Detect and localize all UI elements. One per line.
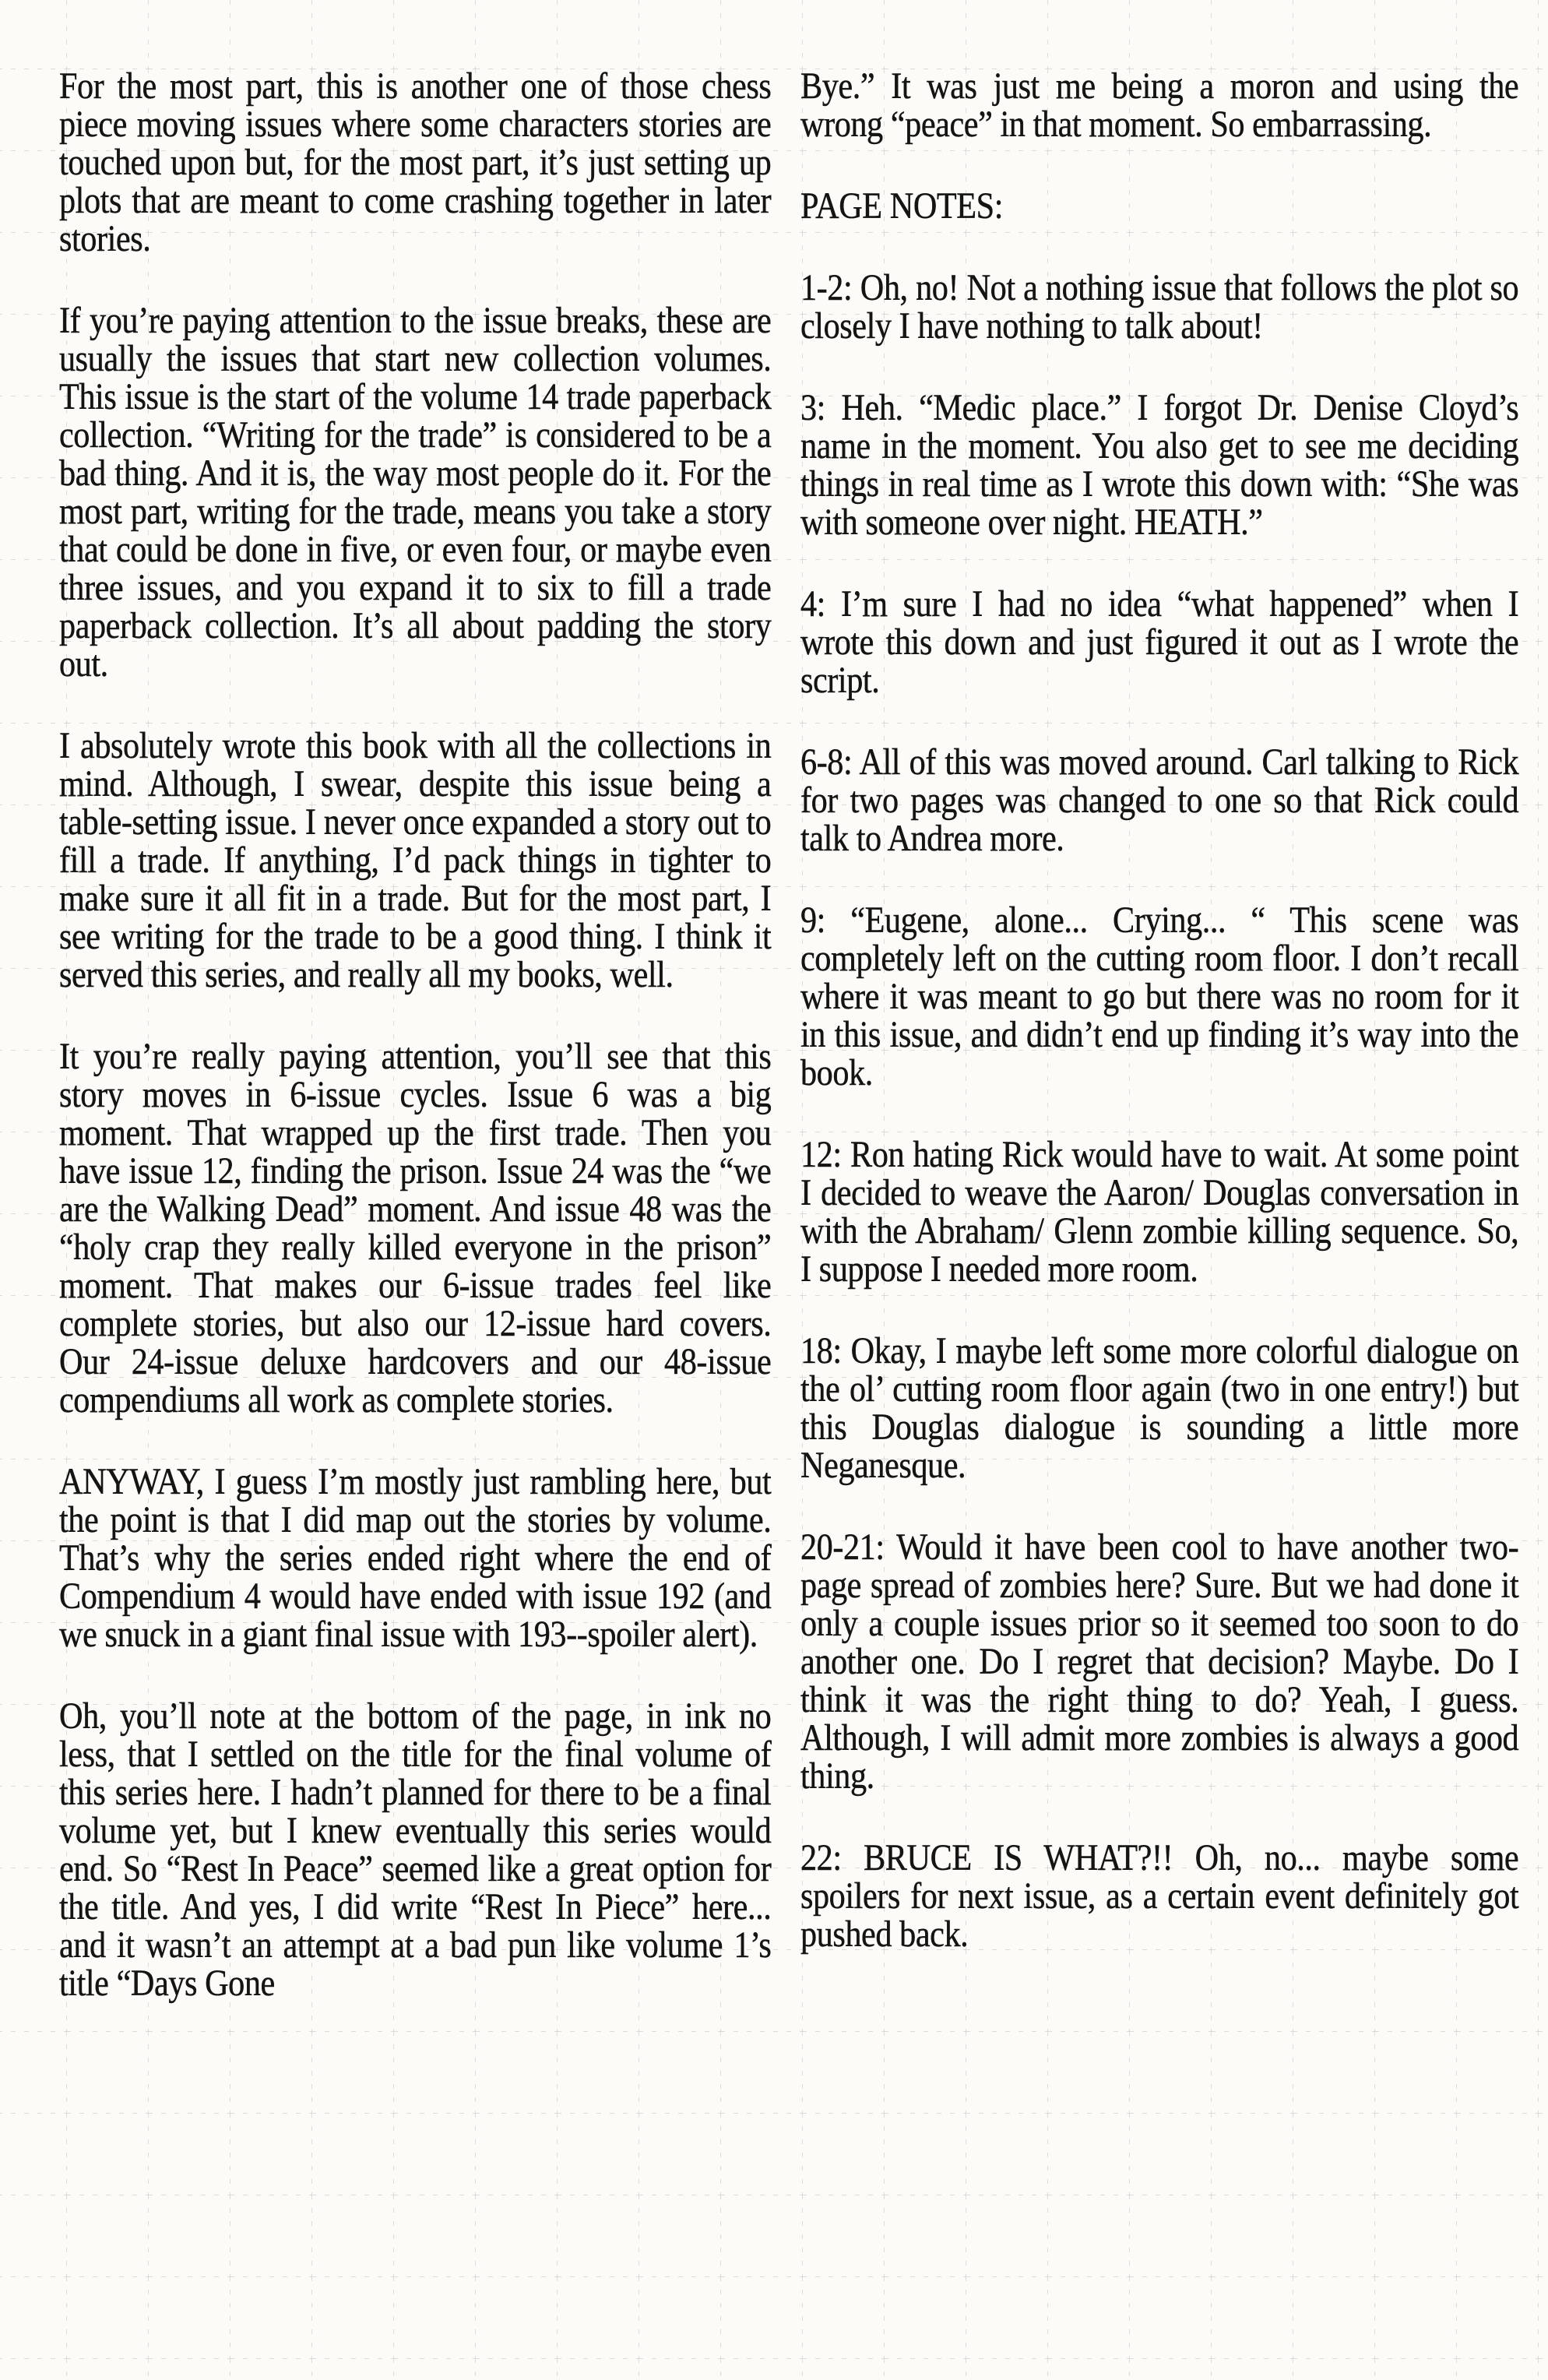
page-note-4: 4: I’m sure I had no idea “what happened… xyxy=(800,585,1518,699)
page-note-1-2: 1-2: Oh, no! Not a nothing issue that fo… xyxy=(800,269,1518,345)
paragraph-anyway: ANYWAY, I guess I’m mostly just rambling… xyxy=(59,1463,771,1653)
page-note-12: 12: Ron hating Rick would have to wait. … xyxy=(800,1135,1518,1288)
page-note-18: 18: Okay, I maybe left some more colorfu… xyxy=(800,1332,1518,1484)
page-note-22: 22: BRUCE IS WHAT?!! Oh, no... maybe som… xyxy=(800,1839,1518,1953)
right-column: Bye.” It was just me being a moron and u… xyxy=(800,67,1518,1997)
page-note-3: 3: Heh. “Medic place.” I forgot Dr. Deni… xyxy=(800,389,1518,541)
page-notes-heading: PAGE NOTES: xyxy=(800,187,1518,225)
paragraph-final-volume-title: Oh, you’ll note at the bottom of the pag… xyxy=(59,1697,771,2002)
paragraph-bye-continuation: Bye.” It was just me being a moron and u… xyxy=(800,67,1518,143)
paragraph-issue-breaks: If you’re paying attention to the issue … xyxy=(59,301,771,683)
paragraph-intro: For the most part, this is another one o… xyxy=(59,67,771,258)
left-column: For the most part, this is another one o… xyxy=(59,67,771,2046)
paragraph-collections: I absolutely wrote this book with all th… xyxy=(59,727,771,994)
page-note-6-8: 6-8: All of this was moved around. Carl … xyxy=(800,743,1518,857)
scanned-letters-page: { "page": { "bg_color": "#fcfbf8", "grid… xyxy=(0,0,1548,2380)
page-note-20-21: 20-21: Would it have been cool to have a… xyxy=(800,1528,1518,1795)
paragraph-six-issue-cycles: It you’re really paying attention, you’l… xyxy=(59,1037,771,1419)
page-note-9: 9: “Eugene, alone... Crying... “ This sc… xyxy=(800,901,1518,1092)
